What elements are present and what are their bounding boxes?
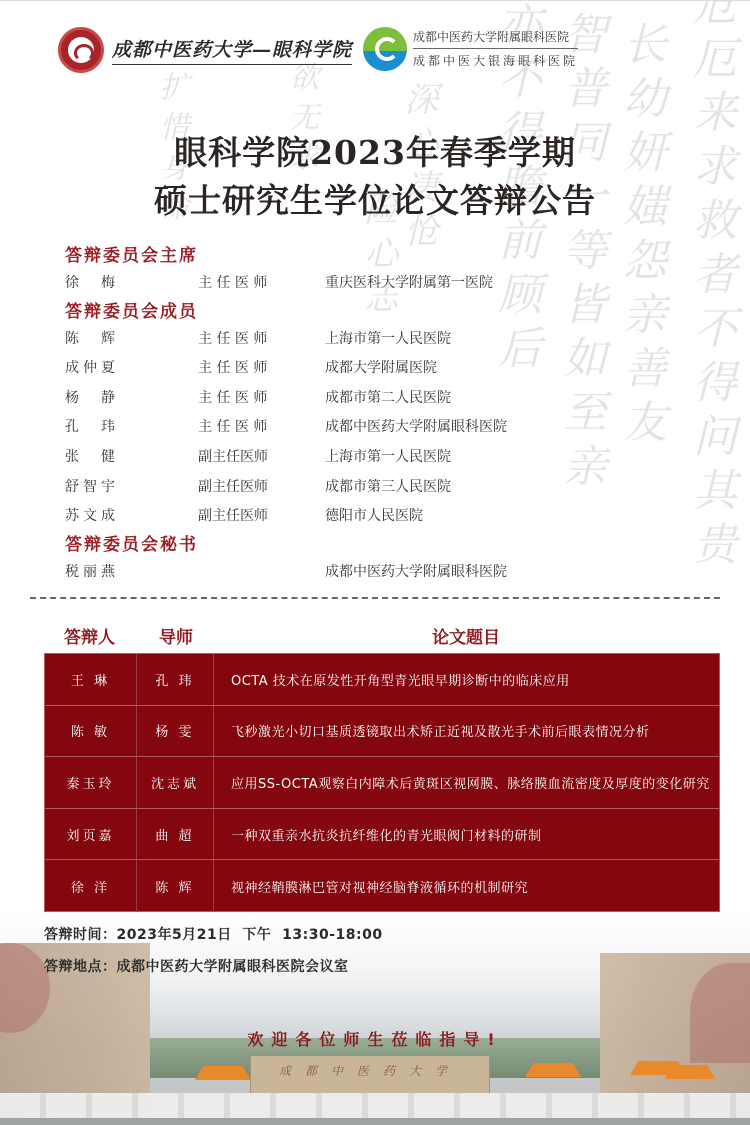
student-name: 王 琳 xyxy=(45,654,137,705)
committee-member: 陈 辉 主 任 医 师 上海市第一人民医院 xyxy=(65,325,685,355)
member-name: 杨 静 xyxy=(65,384,119,414)
member-org: 上海市第一人民医院 xyxy=(325,325,451,355)
header-topic: 论文题目 xyxy=(432,623,500,648)
hospital-name-line1: 成都中医药大学附属眼科医院 xyxy=(413,31,578,49)
header-student: 答辩人 xyxy=(64,623,115,648)
advisor-name: 沈志斌 xyxy=(137,757,214,808)
announcement-poster: 危厄来求救者不得问其贵 长幼妍媸怨亲善友 智普同一等皆如至亲 亦不得瞻前顾后 深… xyxy=(0,0,750,1125)
member-org: 成都中医药大学附属眼科医院 xyxy=(325,558,507,588)
welcome-message: 欢迎各位师生莅临指导! xyxy=(0,1027,750,1050)
tent-icon xyxy=(665,1065,715,1079)
stone-railing xyxy=(0,1093,750,1119)
university-seal-icon xyxy=(58,27,104,73)
committee-member: 杨 静 主 任 医 师 成都市第二人民医院 xyxy=(65,384,685,414)
defense-time: 答辩时间：2023年5月21日 下午 13:30-18:00 xyxy=(44,924,383,956)
table-row: 陈 敏 杨 雯 飞秒激光小切口基质透镜取出术矫正近视及散光手术前后眼表情况分析 xyxy=(45,706,719,758)
member-name: 税丽燕 xyxy=(65,558,119,588)
member-name: 成仲夏 xyxy=(65,354,119,384)
dashed-divider xyxy=(30,597,720,599)
table-row: 刘页嘉 曲 超 一种双重亲水抗炎抗纤维化的青光眼阀门材料的研制 xyxy=(45,809,719,861)
header: 成都中医药大学—眼科学院 成都中医药大学附属眼科医院 成都中医大银海眼科医院 xyxy=(0,21,750,81)
header-advisor: 导师 xyxy=(159,623,193,648)
defense-place: 答辩地点：成都中医药大学附属眼科医院会议室 xyxy=(44,956,383,988)
member-title: 副主任医师 xyxy=(198,502,268,532)
member-title: 副主任医师 xyxy=(198,473,268,503)
member-org: 成都大学附属医院 xyxy=(325,354,437,384)
university-name: 成都中医药大学—眼科学院 xyxy=(112,35,352,65)
ground xyxy=(0,1118,750,1125)
member-org: 成都市第三人民医院 xyxy=(325,473,451,503)
title-line1: 眼科学院2023年春季学期 xyxy=(0,129,750,177)
member-org: 重庆医科大学附属第一医院 xyxy=(325,269,493,299)
member-title: 主 任 医 师 xyxy=(198,413,267,443)
advisor-name: 孔 玮 xyxy=(137,654,214,705)
member-org: 成都市第二人民医院 xyxy=(325,384,451,414)
member-org: 成都中医药大学附属眼科医院 xyxy=(325,413,507,443)
member-name: 舒智宇 xyxy=(65,473,119,503)
page-title: 眼科学院2023年春季学期 硕士研究生学位论文答辩公告 xyxy=(0,129,750,225)
tent-icon xyxy=(525,1063,581,1077)
member-title: 主 任 医 师 xyxy=(198,325,267,355)
eye-hospital-logo-icon xyxy=(363,27,407,71)
committee-list: 答辩委员会主席 徐 梅 主 任 医 师 重庆医科大学附属第一医院 答辩委员会成员… xyxy=(65,243,685,587)
member-name: 张 健 xyxy=(65,443,119,473)
committee-member: 舒智宇 副主任医师 成都市第三人民医院 xyxy=(65,473,685,503)
thesis-topic: 飞秒激光小切口基质透镜取出术矫正近视及散光手术前后眼表情况分析 xyxy=(214,706,719,757)
committee-member: 税丽燕 成都中医药大学附属眼科医院 xyxy=(65,558,685,588)
calligraphy-column: 危厄来求救者不得问其贵 xyxy=(681,0,740,575)
table-row: 王 琳 孔 玮 OCTA 技术在原发性开角型青光眼早期诊断中的临床应用 xyxy=(45,654,719,706)
member-title: 主 任 医 师 xyxy=(198,384,267,414)
advisor-name: 陈 辉 xyxy=(137,860,214,912)
members-heading: 答辩委员会成员 xyxy=(65,299,685,325)
student-name: 秦玉玲 xyxy=(45,757,137,808)
secretary-heading: 答辩委员会秘书 xyxy=(65,532,685,558)
thesis-table: 王 琳 孔 玮 OCTA 技术在原发性开角型青光眼早期诊断中的临床应用 陈 敏 … xyxy=(44,653,720,912)
student-name: 徐 洋 xyxy=(45,860,137,912)
committee-member: 苏文成 副主任医师 德阳市人民医院 xyxy=(65,502,685,532)
university-logo: 成都中医药大学—眼科学院 xyxy=(58,27,352,73)
member-name: 徐 梅 xyxy=(65,269,119,299)
student-name: 刘页嘉 xyxy=(45,809,137,860)
table-row: 徐 洋 陈 辉 视神经鞘膜淋巴管对视神经脑脊液循环的机制研究 xyxy=(45,860,719,912)
committee-member: 徐 梅 主 任 医 师 重庆医科大学附属第一医院 xyxy=(65,269,685,299)
advisor-name: 杨 雯 xyxy=(137,706,214,757)
time-value: 2023年5月21日 下午 13:30-18:00 xyxy=(117,927,383,943)
member-name: 孔 玮 xyxy=(65,413,119,443)
table-row: 秦玉玲 沈志斌 应用SS-OCTA观察白内障术后黄斑区视网膜、脉络膜血流密度及厚… xyxy=(45,757,719,809)
gate-sign: 成都中医药大学 xyxy=(251,1062,489,1079)
hospital-logo: 成都中医药大学附属眼科医院 成都中医大银海眼科医院 xyxy=(363,27,578,71)
gate-wall: 成都中医药大学 xyxy=(250,1055,490,1097)
committee-member: 孔 玮 主 任 医 师 成都中医药大学附属眼科医院 xyxy=(65,413,685,443)
member-name: 苏文成 xyxy=(65,502,119,532)
thesis-topic: OCTA 技术在原发性开角型青光眼早期诊断中的临床应用 xyxy=(214,654,719,705)
thesis-topic: 视神经鞘膜淋巴管对视神经脑脊液循环的机制研究 xyxy=(214,860,719,912)
place-label: 答辩地点： xyxy=(44,959,117,975)
time-label: 答辩时间： xyxy=(44,927,117,943)
chair-heading: 答辩委员会主席 xyxy=(65,243,685,269)
thesis-topic: 应用SS-OCTA观察白内障术后黄斑区视网膜、脉络膜血流密度及厚度的变化研究 xyxy=(214,757,719,808)
defense-info: 答辩时间：2023年5月21日 下午 13:30-18:00 答辩地点：成都中医… xyxy=(44,924,383,988)
member-title: 主 任 医 师 xyxy=(198,269,267,299)
advisor-name: 曲 超 xyxy=(137,809,214,860)
tent-icon xyxy=(195,1066,251,1080)
thesis-topic: 一种双重亲水抗炎抗纤维化的青光眼阀门材料的研制 xyxy=(214,809,719,860)
place-value: 成都中医药大学附属眼科医院会议室 xyxy=(117,959,349,975)
member-name: 陈 辉 xyxy=(65,325,119,355)
student-name: 陈 敏 xyxy=(45,706,137,757)
title-line2: 硕士研究生学位论文答辩公告 xyxy=(0,177,750,225)
committee-member: 成仲夏 主 任 医 师 成都大学附属医院 xyxy=(65,354,685,384)
member-title: 主 任 医 师 xyxy=(198,354,267,384)
member-org: 上海市第一人民医院 xyxy=(325,443,451,473)
committee-member: 张 健 副主任医师 上海市第一人民医院 xyxy=(65,443,685,473)
member-org: 德阳市人民医院 xyxy=(325,502,423,532)
thesis-table-header: 答辩人 导师 论文题目 xyxy=(44,623,720,647)
member-title: 副主任医师 xyxy=(198,443,268,473)
hospital-name-line2: 成都中医大银海眼科医院 xyxy=(413,49,578,67)
